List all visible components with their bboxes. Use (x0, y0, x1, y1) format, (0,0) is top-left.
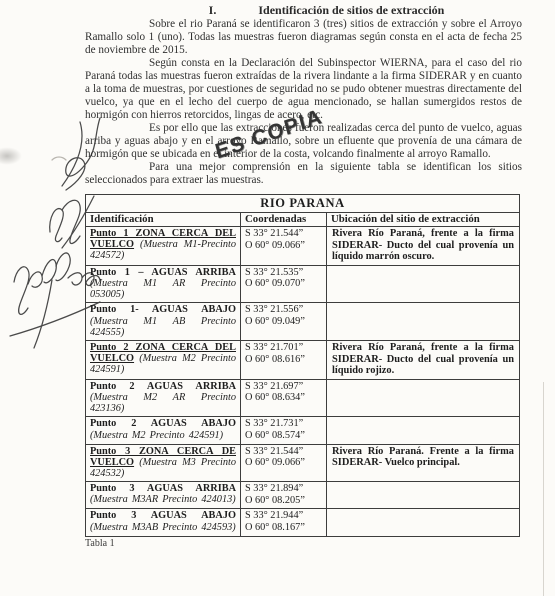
longitude: O 60° 09.070” (245, 278, 322, 290)
column-header-coordenadas: Coordenadas (241, 213, 327, 227)
latitude: S 33° 21.894” (245, 483, 322, 495)
location-cell (327, 482, 520, 509)
longitude: O 60° 09.066” (245, 240, 322, 252)
location-cell: Rivera Río Paraná, frente a la firma SID… (327, 227, 520, 266)
sample-note: (Muestra M1 AR Precinto 053005) (90, 278, 236, 300)
table-row: Punto 1 – AGUAS ARRIBA (Muestra M1 AR Pr… (86, 265, 520, 303)
longitude: O 60° 08.634” (245, 392, 322, 404)
site-name: Punto 3 AGUAS ABAJO (90, 510, 236, 521)
table-row: Punto 1- AGUAS ABAJO (Muestra M1 AB Prec… (86, 303, 520, 341)
coordinates-cell: S 33° 21.894”O 60° 08.205” (241, 482, 327, 509)
site-name: Punto 3 AGUAS ARRIBA (90, 483, 236, 494)
sample-note: (Muestra M2 AR Precinto 423136) (90, 392, 236, 414)
coordinates-cell: S 33° 21.731”O 60° 08.574” (241, 417, 327, 444)
site-name: Punto 1 – AGUAS ARRIBA (90, 267, 236, 278)
sample-note: (Muestra M3AB Precinto 424593) (90, 522, 236, 533)
coordinates-cell: S 33° 21.697”O 60° 08.634” (241, 379, 327, 417)
site-id-cell: Punto 1- AGUAS ABAJO (Muestra M1 AB Prec… (86, 303, 241, 341)
sample-note: (Muestra M2 Precinto 424591) (90, 430, 223, 441)
longitude: O 60° 08.167” (245, 522, 322, 534)
latitude: S 33° 21.544” (245, 228, 322, 240)
table-row: Punto 1 ZONA CERCA DEL VUELCO (Muestra M… (86, 227, 520, 266)
longitude: O 60° 08.616” (245, 354, 322, 366)
longitude: O 60° 09.049” (245, 316, 322, 328)
scan-smudge (0, 147, 22, 165)
coordinates-cell: S 33° 21.556”O 60° 09.049” (241, 303, 327, 341)
table-row: Punto 3 ZONA CERCA DE VUELCO (Muestra M3… (86, 444, 520, 482)
location-cell (327, 265, 520, 303)
latitude: S 33° 21.701” (245, 342, 322, 354)
location-cell: Rivera Río Paraná, frente a la firma SID… (327, 341, 520, 380)
site-id-cell: Punto 2 ZONA CERCA DEL VUELCO (Muestra M… (86, 341, 241, 380)
latitude: S 33° 21.697” (245, 381, 322, 393)
site-id-cell: Punto 2 AGUAS ARRIBA (Muestra M2 AR Prec… (86, 379, 241, 417)
location-cell (327, 303, 520, 341)
coordinates-cell: S 33° 21.701”O 60° 08.616” (241, 341, 327, 380)
location-cell: Rivera Río Paraná. Frente a la firma SID… (327, 444, 520, 482)
latitude: S 33° 21.556” (245, 304, 322, 316)
latitude: S 33° 21.544” (245, 446, 322, 458)
site-id-cell: Punto 3 AGUAS ABAJO (Muestra M3AB Precin… (86, 509, 241, 536)
table-row: Punto 2 AGUAS ARRIBA (Muestra M2 AR Prec… (86, 379, 520, 417)
paragraph: Sobre el rio Paraná se identificaron 3 (… (85, 18, 522, 57)
coordinates-cell: S 33° 21.544”O 60° 09.066” (241, 227, 327, 266)
site-name: Punto 1- AGUAS ABAJO (90, 304, 236, 315)
location-cell (327, 509, 520, 536)
column-header-identificacion: Identificación (86, 213, 241, 227)
location-cell (327, 417, 520, 444)
section-title: Identificación de sitios de extracción (258, 3, 444, 18)
site-id-cell: Punto 3 AGUAS ARRIBA (Muestra M3AR Preci… (86, 482, 241, 509)
table-row: Punto 3 AGUAS ABAJO (Muestra M3AB Precin… (86, 509, 520, 536)
extraction-sites-table: RIO PARANA Identificación Coordenadas Ub… (85, 194, 520, 537)
table-caption: Tabla 1 (85, 538, 522, 549)
site-id-cell: Punto 2 AGUAS ABAJO (Muestra M2 Precinto… (86, 417, 241, 444)
column-header-ubicacion: Ubicación del sitio de extracción (327, 213, 520, 227)
coordinates-cell: S 33° 21.944”O 60° 08.167” (241, 509, 327, 536)
site-id-cell: Punto 1 – AGUAS ARRIBA (Muestra M1 AR Pr… (86, 265, 241, 303)
site-name: Punto 2 AGUAS ABAJO (90, 418, 236, 429)
latitude: S 33° 21.731” (245, 418, 322, 430)
section-heading: I. Identificación de sitios de extracció… (85, 3, 522, 18)
table-row: Punto 3 AGUAS ARRIBA (Muestra M3AR Preci… (86, 482, 520, 509)
longitude: O 60° 09.066” (245, 457, 322, 469)
latitude: S 33° 21.944” (245, 510, 322, 522)
sample-note: (Muestra M3AR Precinto 424013) (90, 494, 236, 505)
longitude: O 60° 08.205” (245, 495, 322, 507)
table-title-row: RIO PARANA (86, 195, 520, 213)
scanned-document-page: I. Identificación de sitios de extracció… (0, 0, 555, 596)
document-body: I. Identificación de sitios de extracció… (85, 3, 522, 549)
location-cell (327, 379, 520, 417)
coordinates-cell: S 33° 21.535”O 60° 09.070” (241, 265, 327, 303)
sample-note: (Muestra M1 AB Precinto 424555) (90, 316, 236, 338)
site-id-cell: Punto 3 ZONA CERCA DE VUELCO (Muestra M3… (86, 444, 241, 482)
site-name: Punto 2 AGUAS ARRIBA (90, 381, 236, 392)
table-title: RIO PARANA (86, 195, 520, 213)
longitude: O 60° 08.574” (245, 430, 322, 442)
scan-page-edge (543, 382, 544, 596)
table-row: Punto 2 ZONA CERCA DEL VUELCO (Muestra M… (86, 341, 520, 380)
latitude: S 33° 21.535” (245, 267, 322, 279)
coordinates-cell: S 33° 21.544”O 60° 09.066” (241, 444, 327, 482)
section-number: I. (209, 3, 217, 18)
site-id-cell: Punto 1 ZONA CERCA DEL VUELCO (Muestra M… (86, 227, 241, 266)
table-row: Punto 2 AGUAS ABAJO (Muestra M2 Precinto… (86, 417, 520, 444)
table-header-row: Identificación Coordenadas Ubicación del… (86, 213, 520, 227)
paragraph: Para una mejor comprensión en la siguien… (85, 161, 522, 187)
